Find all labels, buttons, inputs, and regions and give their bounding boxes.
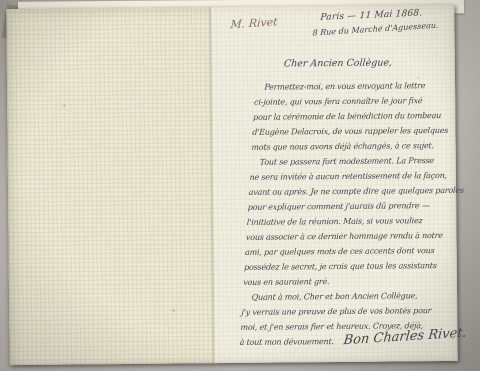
letter-line: possédez le secret, je crois que tous le… <box>244 258 461 275</box>
letter-line: j'y verrais une preuve de plus de vos bo… <box>241 303 458 320</box>
letter-body: Permettez-moi, en vous envoyant la lettr… <box>239 78 471 350</box>
left-page-blank-grid <box>6 7 214 365</box>
letter-line: d'Eugène Delacroix, de vous rappeler les… <box>252 123 469 140</box>
letter-photo: M. Rivet Paris — 11 Mai 1868. 8 Rue du M… <box>0 0 480 371</box>
letter-salutation: Cher Ancien Collègue, <box>283 57 392 69</box>
paper-speck <box>63 105 65 107</box>
paper-speck <box>172 310 175 312</box>
letter-line: avant ou après. Je ne compte dire que qu… <box>248 183 465 200</box>
letter-sheet: M. Rivet Paris — 11 Mai 1868. 8 Rue du M… <box>6 5 457 365</box>
